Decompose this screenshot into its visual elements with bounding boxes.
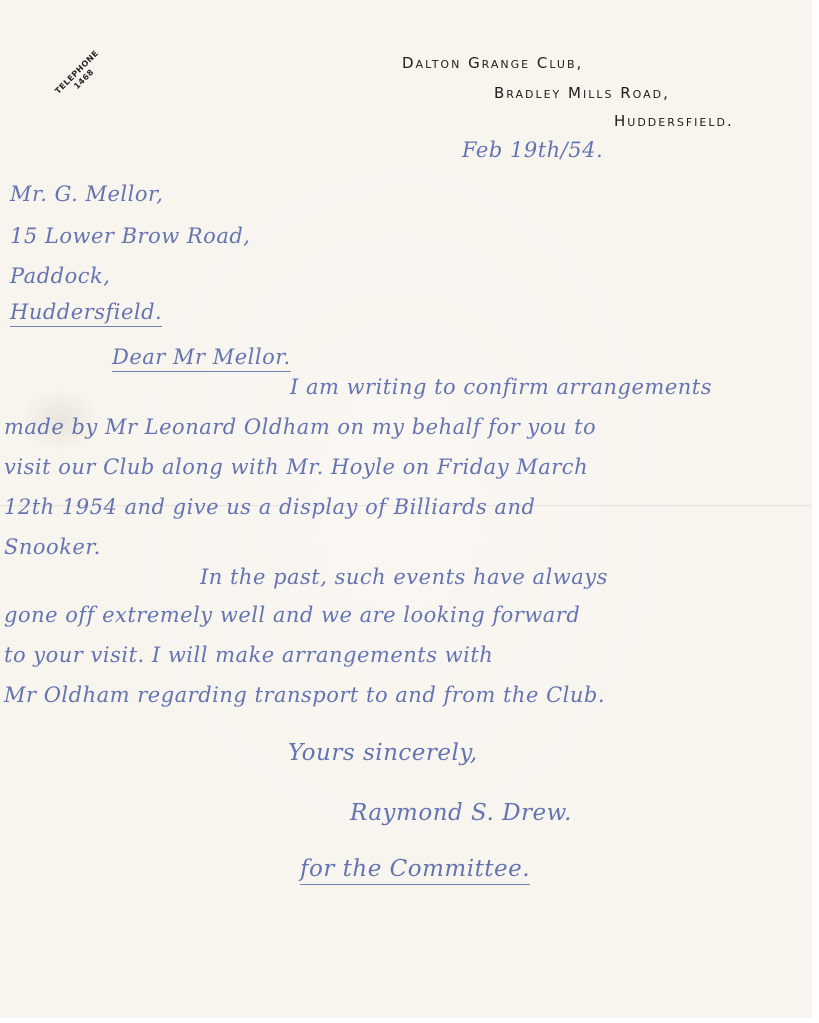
recipient-name: Mr. G. Mellor, — [10, 182, 163, 206]
body-line: 12th 1954 and give us a display of Billi… — [4, 495, 535, 519]
signatory-role: for the Committee. — [300, 856, 530, 885]
body-line: In the past, such events have always — [200, 565, 608, 589]
body-line: I am writing to confirm arrangements — [290, 375, 712, 399]
body-line: made by Mr Leonard Oldham on my behalf f… — [4, 415, 596, 439]
body-line: to your visit. I will make arrangements … — [4, 643, 493, 667]
body-line: Mr Oldham regarding transport to and fro… — [4, 683, 605, 707]
letterhead-town: Huddersfield. — [614, 112, 734, 130]
signature: Raymond S. Drew. — [350, 800, 572, 826]
letterhead-club-name: Dalton Grange Club, — [402, 54, 583, 72]
body-line: visit our Club along with Mr. Hoyle on F… — [4, 455, 588, 479]
salutation: Dear Mr Mellor. — [112, 345, 291, 372]
body-line: Snooker. — [4, 535, 101, 559]
letter-date: Feb 19th/54. — [462, 138, 603, 162]
letter-paper: TELEPHONE 1468 Dalton Grange Club, Bradl… — [0, 0, 812, 1018]
letterhead-street: Bradley Mills Road, — [494, 84, 670, 102]
body-line: gone off extremely well and we are looki… — [4, 603, 580, 627]
recipient-town: Huddersfield. — [10, 300, 162, 327]
telephone-stamp: TELEPHONE 1468 — [53, 49, 108, 104]
valediction: Yours sincerely, — [288, 740, 478, 766]
recipient-district: Paddock, — [10, 264, 110, 288]
recipient-street: 15 Lower Brow Road, — [10, 224, 250, 248]
